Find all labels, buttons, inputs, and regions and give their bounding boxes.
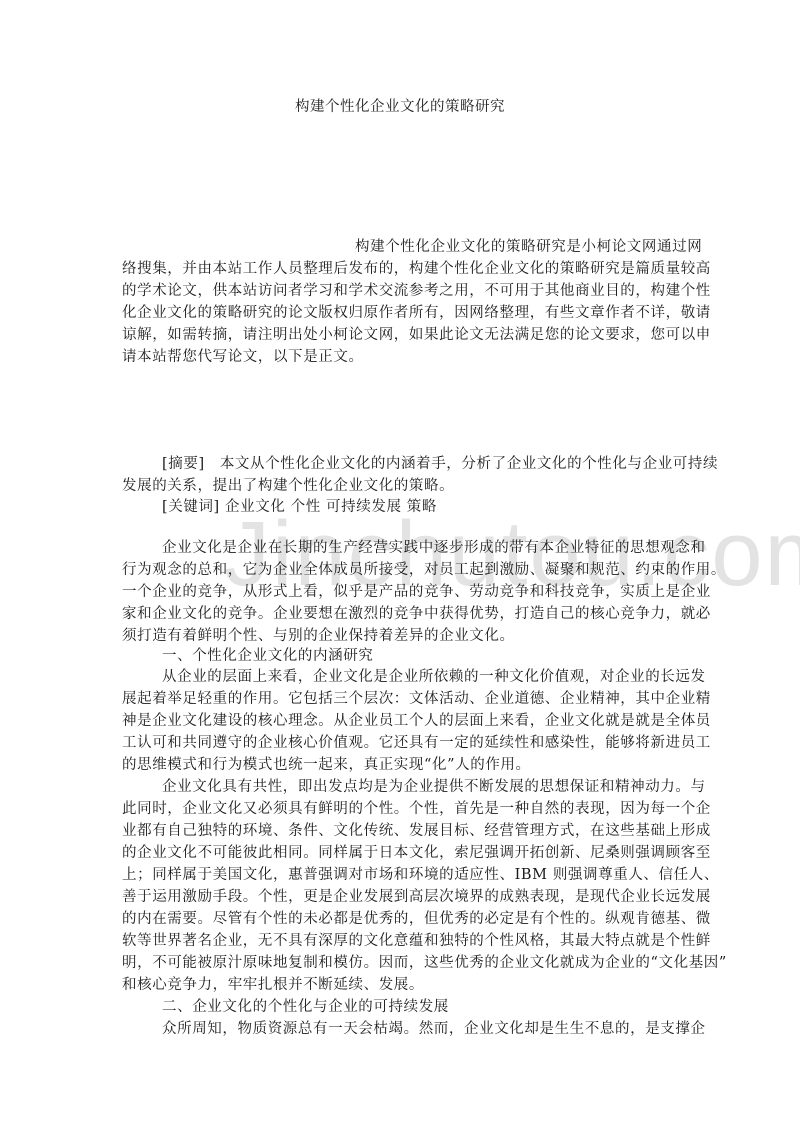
body-line: 一个企业的竞争，从形式上看，似乎是产品的竞争、劳动竞争和科技竞争，实质上是企业	[122, 582, 711, 603]
body-line: 业都有自己独特的环境、条件、文化传统、发展目标、经营管理方式，在这些基础上形成	[122, 821, 711, 842]
body-line: 从企业的层面上来看，企业文化是企业所依赖的一种文化价值观，对企业的长远发	[162, 667, 706, 688]
body-line: 上；同样属于美国文化，惠普强调对市场和环境的适应性、IBM 则强调尊重人、信任人…	[122, 865, 719, 886]
body-line: 须打造有着鲜明个性、与别的企业保持着差异的企业文化。	[122, 626, 515, 647]
body-line: 企业文化具有共性，即出发点均是为企业提供不断发展的思想保证和精神动力。与	[162, 777, 706, 798]
keywords-line: [关键词] 企业文化 个性 可持续发展 策略	[162, 497, 437, 518]
intro-line: 请本站帮您代写论文，以下是正文。	[122, 347, 364, 368]
section-heading: 二、企业文化的个性化与企业的可持续发展	[162, 997, 449, 1018]
body-line: 众所周知，物质资源总有一天会枯竭。然而，企业文化却是生生不息的，是支撑企	[162, 1019, 706, 1040]
intro-line: 谅解，如需转摘，请注明出处小柯论文网，如果此论文无法满足您的论文要求，您可以申	[122, 325, 711, 346]
intro-line: 络搜集，并由本站工作人员整理后发布的，构建个性化企业文化的策略研究是篇质量较高	[122, 259, 711, 280]
intro-line: 的学术论文，供本站访问者学习和学术交流参考之用，不可用于其他商业目的，构建个性	[122, 281, 711, 302]
body-line: 善于运用激励手段。个性，更是企业发展到高层次境界的成熟表现，是现代企业长远发展	[122, 887, 711, 908]
abstract-line: 发展的关系，提出了构建个性化企业文化的策略。	[122, 476, 454, 497]
intro-line: 构建个性化企业文化的策略研究是小柯论文网通过网	[355, 237, 702, 258]
body-line: 家和企业文化的竞争。企业要想在激烈的竞争中获得优势，打造自己的核心竞争力，就必	[122, 604, 711, 625]
body-line: 此同时，企业文化又必须具有鲜明的个性。个性，首先是一种自然的表现，因为每一个企	[122, 799, 711, 820]
body-line: 明，不可能被原汁原味地复制和模仿。因而，这些优秀的企业文化就成为企业的“文化基因…	[122, 953, 727, 974]
intro-line: 化企业文化的策略研究的论文版权归原作者所有，因网络整理，有些文章作者不详，敬请	[122, 303, 711, 324]
body-line: 工认可和共同遵守的企业核心价值观。它还具有一定的延续性和感染性，能够将新进员工	[122, 733, 711, 754]
body-line: 行为观念的总和，它为企业全体成员所接受，对员工起到激励、凝聚和规范、约束的作用。	[122, 560, 726, 581]
document-page: Jinchutou.com 构建个性化企业文化的策略研究 构建个性化企业文化的策…	[0, 0, 800, 1132]
body-line: 展起着举足轻重的作用。它包括三个层次：文体活动、企业道德、企业精神，其中企业精	[122, 689, 711, 710]
section-heading: 一、个性化企业文化的内涵研究	[162, 646, 373, 667]
body-line: 和核心竞争力，牢牢扎根并不断延续、发展。	[122, 975, 424, 996]
body-line: 的企业文化不可能彼此相同。同样属于日本文化，索尼强调开拓创新、尼桑则强调顾客至	[122, 843, 711, 864]
document-title: 构建个性化企业文化的策略研究	[0, 95, 800, 116]
abstract-line: [摘要] 本文从个性化企业文化的内涵着手，分析了企业文化的个性化与企业可持续	[162, 454, 718, 475]
body-line: 的内在需要。尽管有个性的未必都是优秀的，但优秀的必定是有个性的。纵观肯德基、微	[122, 909, 711, 930]
body-line: 的思维模式和行为模式也统一起来，真正实现“化”人的作用。	[122, 755, 531, 776]
body-line: 神是企业文化建设的核心理念。从企业员工个人的层面上来看，企业文化就是就是全体员	[122, 711, 711, 732]
body-line: 企业文化是企业在长期的生产经营实践中逐步形成的带有本企业特征的思想观念和	[162, 538, 706, 559]
body-line: 软等世界著名企业，无不具有深厚的文化意蕴和独特的个性风格，其最大特点就是个性鲜	[122, 931, 711, 952]
